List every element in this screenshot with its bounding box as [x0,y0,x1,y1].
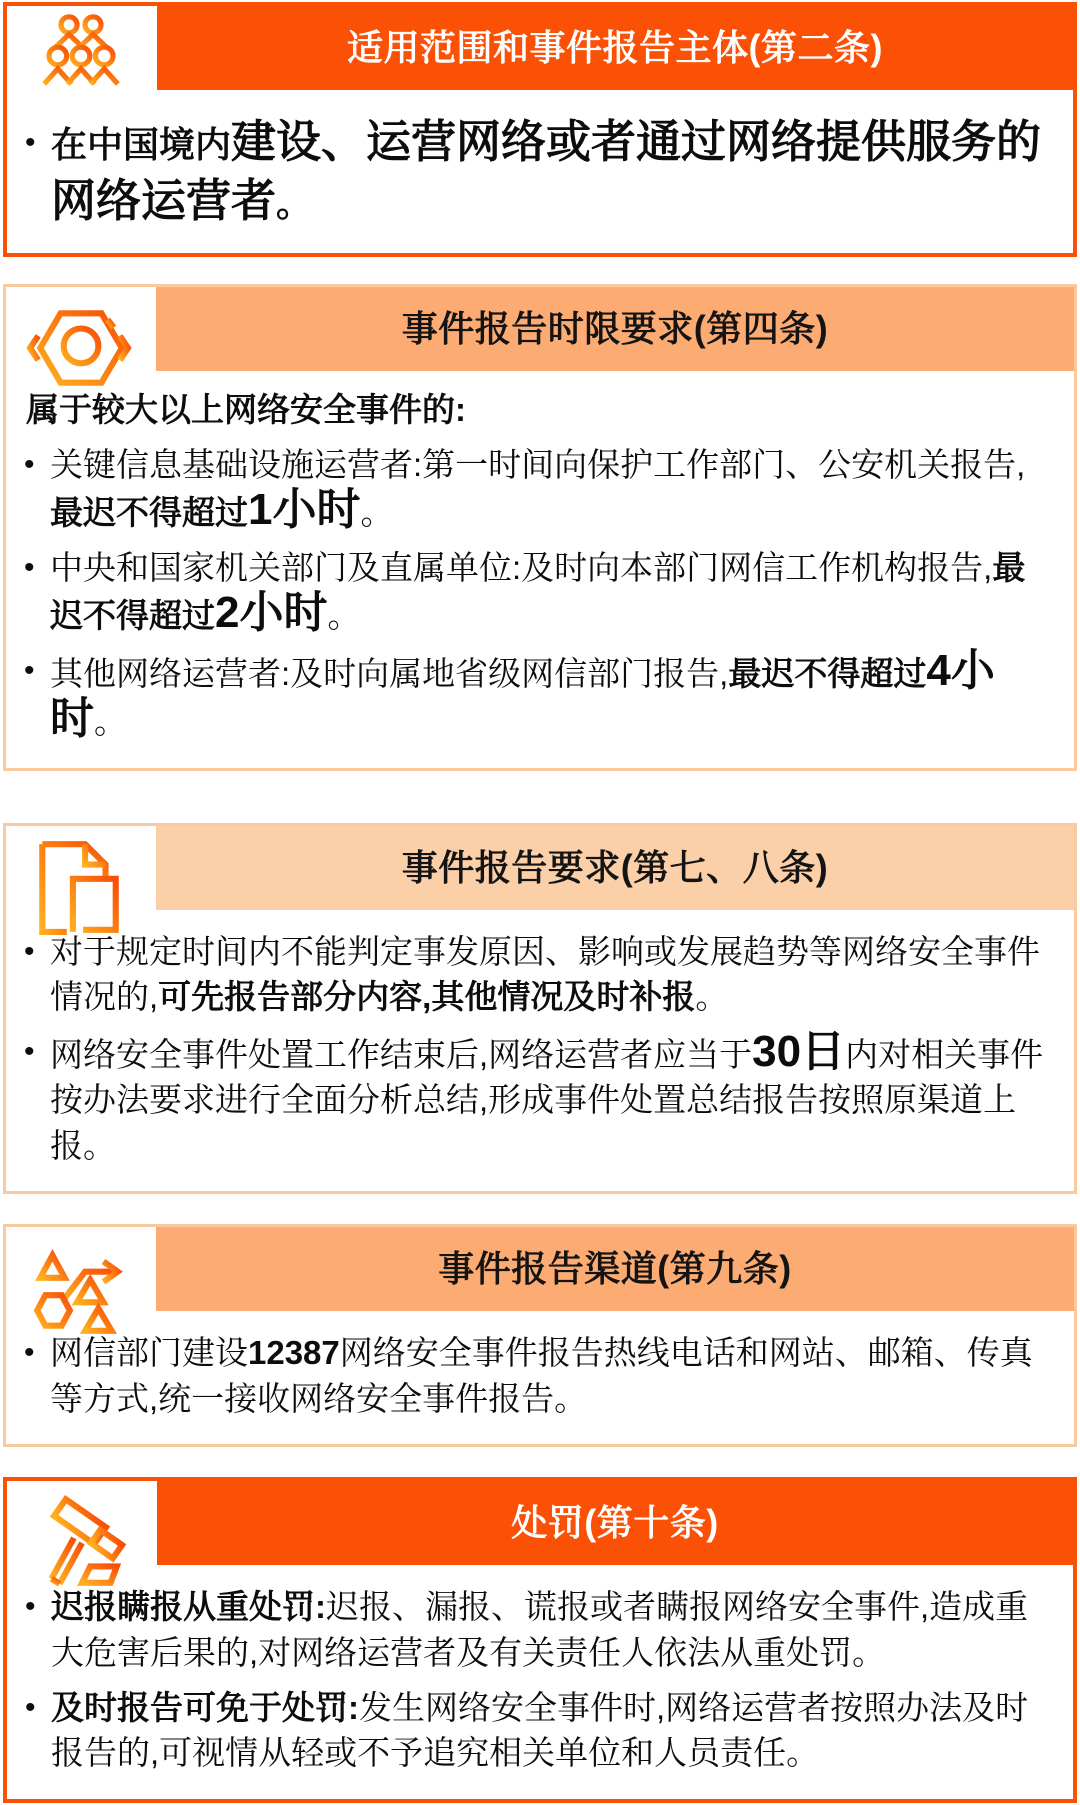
text-run: 网络安全事件处置工作结束后,网络运营者应当于 [50,1036,752,1073]
clock-hexagon-icon [6,287,156,371]
section-intro: 属于较大以上网络安全事件的: [26,387,1052,433]
text-run: 关键信息基础设施运营者:第一时间向保护工作部门、公安机关报告, [50,446,1025,483]
header-bar: 适用范围和事件报告主体(第二条) [157,6,1073,90]
text-run: 最迟不得超过 [728,655,926,692]
section-body: •在中国境内建设、运营网络或者通过网络提供服务的网络运营者。 [7,90,1073,253]
bullet-item: •中央和国家机关部门及直属单位:及时向本部门网信工作机构报告,最迟不得超过2小时… [24,545,1052,639]
bullet-dot: • [24,648,50,745]
text-run: 中央和国家机关部门及直属单位:及时向本部门网信工作机构报告, [50,549,992,586]
text-run: 。 [276,183,312,224]
section-title: 事件报告要求(第七、八条) [402,850,828,886]
section-header: 事件报告要求(第七、八条) [6,826,1074,910]
bullet-text: 及时报告可免于处罚:发生网络安全事件时,网络运营者按照办法及时报告的,可视情从轻… [51,1685,1051,1776]
text-run: 。 [695,978,728,1015]
section-requirements: 事件报告要求(第七、八条) •对于规定时间内不能判定事发原因、影响或发展趋势等网… [3,823,1077,1195]
bullet-item: •关键信息基础设施运营者:第一时间向保护工作部门、公安机关报告,最迟不得超过1小… [24,442,1052,536]
bullet-dot: • [24,442,50,536]
header-bar: 事件报告要求(第七、八条) [156,826,1074,910]
bullet-dot: • [24,1029,50,1169]
bullet-item: •及时报告可免于处罚:发生网络安全事件时,网络运营者按照办法及时报告的,可视情从… [25,1685,1051,1776]
header-bar: 事件报告时限要求(第四条) [156,287,1074,371]
bullet-dot: • [24,545,50,639]
text-run: 1小时 [248,485,360,534]
section-header: 适用范围和事件报告主体(第二条) [7,6,1073,90]
bullet-text: 网信部门建设12387网络安全事件报告热线电话和网站、邮箱、传真等方式,统一接收… [50,1330,1052,1421]
text-run: 2小时 [215,588,327,637]
header-bar: 事件报告渠道(第九条) [156,1227,1074,1311]
text-run: 及时报告可免于处罚: [51,1689,359,1726]
bullet-dot: • [25,1685,51,1776]
section-penalties: 处罚(第十条) •迟报瞒报从重处罚:迟报、漏报、谎报或者瞒报网络安全事件,造成重… [3,1477,1077,1802]
bullet-item: •迟报瞒报从重处罚:迟报、漏报、谎报或者瞒报网络安全事件,造成重大危害后果的,对… [25,1584,1051,1675]
people-group-icon [7,6,157,90]
section-title: 事件报告渠道(第九条) [438,1251,791,1287]
bullet-item: •对于规定时间内不能判定事发原因、影响或发展趋势等网络安全事件情况的,可先报告部… [24,929,1052,1020]
bullet-item: •网络安全事件处置工作结束后,网络运营者应当于30日内对相关事件按办法要求进行全… [24,1029,1052,1169]
section-header: 事件报告渠道(第九条) [6,1227,1074,1311]
infographic-page: 适用范围和事件报告主体(第二条) •在中国境内建设、运营网络或者通过网络提供服务… [0,0,1080,1805]
bullet-item: •在中国境内建设、运营网络或者通过网络提供服务的网络运营者。 [25,113,1051,230]
bullet-text: 中央和国家机关部门及直属单位:及时向本部门网信工作机构报告,最迟不得超过2小时。 [50,545,1052,639]
section-body: •迟报瞒报从重处罚:迟报、漏报、谎报或者瞒报网络安全事件,造成重大危害后果的,对… [7,1565,1073,1798]
section-title: 适用范围和事件报告主体(第二条) [347,30,883,66]
text-run: 。 [327,597,360,634]
text-run: 其他网络运营者:及时向属地省级网信部门报告, [50,655,728,692]
section-body: 属于较大以上网络安全事件的: •关键信息基础设施运营者:第一时间向保护工作部门、… [6,371,1074,768]
text-run: 网信部门建设 [50,1334,248,1371]
text-run: 。 [94,703,127,740]
text-run: 最迟不得超过 [50,494,248,531]
bullet-dot: • [25,1584,51,1675]
bullet-text: 网络安全事件处置工作结束后,网络运营者应当于30日内对相关事件按办法要求进行全面… [50,1029,1052,1169]
gavel-icon [7,1481,157,1565]
bullet-text: 其他网络运营者:及时向属地省级网信部门报告,最迟不得超过4小时。 [50,648,1052,745]
bullet-item: •其他网络运营者:及时向属地省级网信部门报告,最迟不得超过4小时。 [24,648,1052,745]
text-run: 30日 [752,1027,845,1076]
section-deadlines: 事件报告时限要求(第四条) 属于较大以上网络安全事件的: •关键信息基础设施运营… [3,284,1077,771]
bullet-text: 在中国境内建设、运营网络或者通过网络提供服务的网络运营者。 [51,113,1051,230]
section-scope: 适用范围和事件报告主体(第二条) •在中国境内建设、运营网络或者通过网络提供服务… [3,2,1077,257]
text-run: 在中国境内 [51,124,231,165]
section-body: •对于规定时间内不能判定事发原因、影响或发展趋势等网络安全事件情况的,可先报告部… [6,910,1074,1192]
section-channels: 事件报告渠道(第九条) •网信部门建设12387网络安全事件报告热线电话和网站、… [3,1224,1077,1447]
text-run: 迟报瞒报从重处罚: [51,1588,326,1625]
section-header: 处罚(第十条) [7,1481,1073,1565]
network-nodes-icon [6,1227,156,1311]
text-run: 可先报告部分内容,其他情况及时补报 [158,978,695,1015]
section-title: 处罚(第十条) [511,1505,718,1541]
bullet-list: •关键信息基础设施运营者:第一时间向保护工作部门、公安机关报告,最迟不得超过1小… [24,442,1052,745]
bullet-item: •网信部门建设12387网络安全事件报告热线电话和网站、邮箱、传真等方式,统一接… [24,1330,1052,1421]
text-run: 12387 [248,1334,340,1371]
bullet-dot: • [24,1330,50,1421]
bullet-text: 迟报瞒报从重处罚:迟报、漏报、谎报或者瞒报网络安全事件,造成重大危害后果的,对网… [51,1584,1051,1675]
section-title: 事件报告时限要求(第四条) [402,311,828,347]
report-document-icon [6,826,156,910]
bullet-text: 关键信息基础设施运营者:第一时间向保护工作部门、公安机关报告,最迟不得超过1小时… [50,442,1052,536]
text-run: 。 [360,494,393,531]
header-bar: 处罚(第十条) [157,1481,1073,1565]
bullet-dot: • [24,929,50,1020]
bullet-text: 对于规定时间内不能判定事发原因、影响或发展趋势等网络安全事件情况的,可先报告部分… [50,929,1052,1020]
section-header: 事件报告时限要求(第四条) [6,287,1074,371]
section-body: •网信部门建设12387网络安全事件报告热线电话和网站、邮箱、传真等方式,统一接… [6,1311,1074,1444]
bullet-dot: • [25,113,51,230]
